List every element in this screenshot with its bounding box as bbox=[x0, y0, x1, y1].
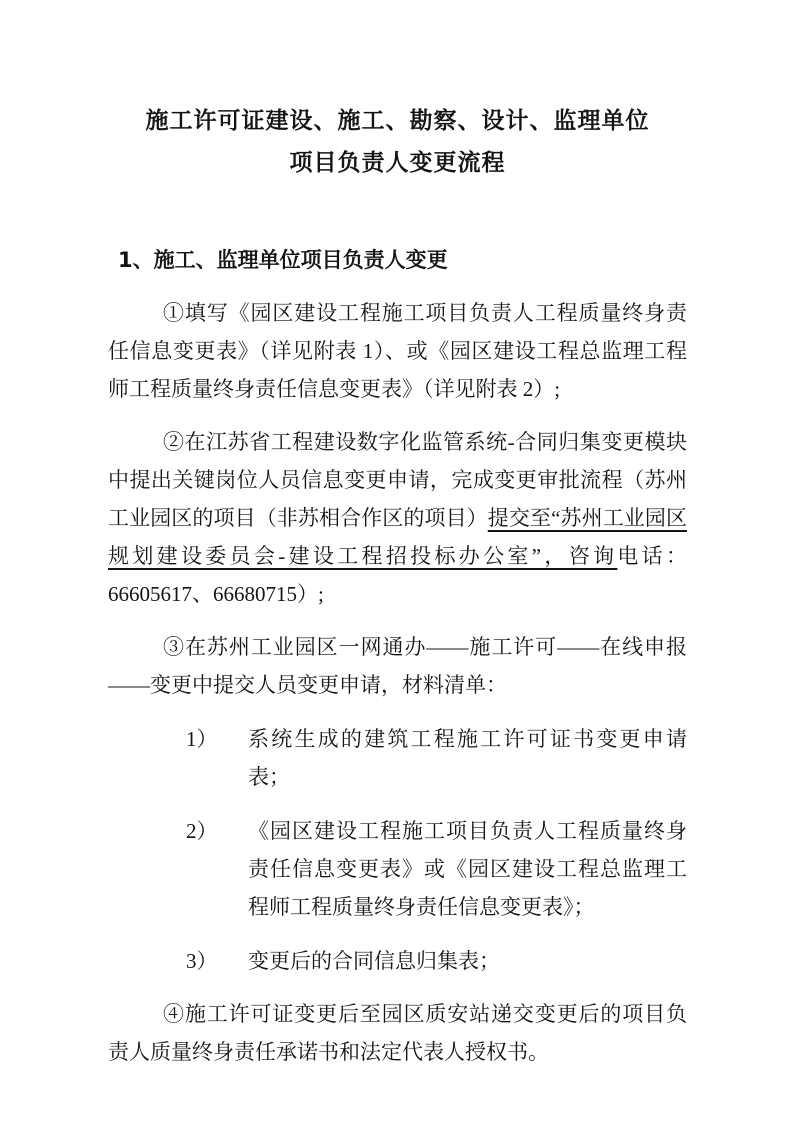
material-list-item-3-text: 变更后的合同信息归集表； bbox=[248, 942, 687, 980]
material-list-item-2-number: 2） bbox=[186, 812, 248, 926]
paragraph-step1: ①填写《园区建设工程施工项目负责人工程质量终身责任信息变更表》（详见附表 1）、… bbox=[108, 294, 687, 408]
document-title-line2: 项目负责人变更流程 bbox=[108, 142, 687, 184]
section-heading: 1、施工、监理单位项目负责人变更 bbox=[118, 241, 687, 279]
material-list-item-3-number: 3） bbox=[186, 942, 248, 980]
material-list-item-2: 2） 《园区建设工程施工项目负责人工程质量终身责任信息变更表》或《园区建设工程总… bbox=[186, 812, 687, 926]
document-title: 施工许可证建设、施工、勘察、设计、监理单位 项目负责人变更流程 bbox=[108, 100, 687, 184]
paragraph-step2: ②在江苏省工程建设数字化监管系统-合同归集变更模块中提出关键岗位人员信息变更申请… bbox=[108, 423, 687, 613]
document-title-line1: 施工许可证建设、施工、勘察、设计、监理单位 bbox=[108, 100, 687, 142]
document-content: 施工许可证建设、施工、勘察、设计、监理单位 项目负责人变更流程 1、施工、监理单… bbox=[0, 100, 793, 1071]
material-list-item-1: 1） 系统生成的建筑工程施工许可证书变更申请表； bbox=[186, 720, 687, 796]
material-list-item-2-text: 《园区建设工程施工项目负责人工程质量终身责任信息变更表》或《园区建设工程总监理工… bbox=[248, 812, 687, 926]
material-list-item-3: 3） 变更后的合同信息归集表； bbox=[186, 942, 687, 980]
paragraph-step3: ③在苏州工业园区一网通办——施工许可——在线申报——变更中提交人员变更申请，材料… bbox=[108, 628, 687, 704]
material-list-item-1-text: 系统生成的建筑工程施工许可证书变更申请表； bbox=[248, 720, 687, 796]
material-list-item-1-number: 1） bbox=[186, 720, 248, 796]
paragraph-step4: ④施工许可证变更后至园区质安站递交变更后的项目负责人质量终身责任承诺书和法定代表… bbox=[108, 995, 687, 1071]
document-page: 施工许可证建设、施工、勘察、设计、监理单位 项目负责人变更流程 1、施工、监理单… bbox=[0, 0, 793, 1122]
